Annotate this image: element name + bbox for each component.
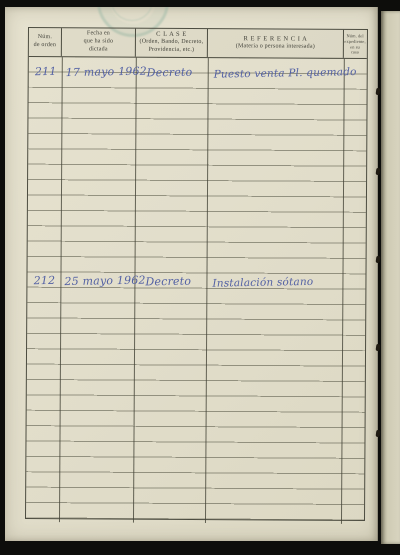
entry-num: 212 bbox=[29, 270, 59, 293]
header-text: de orden bbox=[34, 42, 56, 50]
header-fecha: Fecha en que ha sido dictada bbox=[62, 28, 136, 56]
header-clase: C L A S E (Orden, Bando, Decreto, Provid… bbox=[136, 29, 208, 57]
entry-fecha: 17 mayo 1962 bbox=[66, 61, 138, 84]
handwritten-entry-row: 211 17 mayo 1962 Decreto Puesto venta Pl… bbox=[29, 61, 367, 87]
table-body-ruled-rows: 211 17 mayo 1962 Decreto Puesto venta Pl… bbox=[26, 57, 367, 520]
ledger-page: Núm. de orden Fecha en que ha sido dicta… bbox=[5, 7, 378, 541]
header-text: (Materia o persona interesada) bbox=[236, 44, 315, 52]
circular-stamp-inner-ring bbox=[111, 7, 153, 21]
handwritten-entry-row: 212 25 mayo 1962 Decreto Instalación sót… bbox=[27, 270, 365, 296]
registry-table: Núm. de orden Fecha en que ha sido dicta… bbox=[25, 27, 368, 521]
header-text: dictada bbox=[89, 46, 108, 54]
header-referencia: R E F E R E N C I A (Materia o persona i… bbox=[208, 29, 344, 58]
entry-referencia: Puesto venta Pl. quemado bbox=[214, 61, 344, 85]
header-num-orden: Núm. de orden bbox=[29, 28, 62, 56]
scanned-document: Núm. de orden Fecha en que ha sido dicta… bbox=[0, 0, 400, 555]
header-text: Fecha en bbox=[87, 31, 110, 39]
entry-clase: Decreto bbox=[145, 270, 205, 293]
entry-clase: Decreto bbox=[147, 61, 207, 84]
adjacent-page-edge bbox=[381, 11, 400, 544]
header-num-expediente: Núm. del expediente, en su caso bbox=[344, 30, 367, 58]
header-text: Núm. del expediente, en su caso bbox=[345, 33, 366, 55]
table-header-row: Núm. de orden Fecha en que ha sido dicta… bbox=[29, 28, 367, 59]
header-text: que ha sido bbox=[84, 38, 114, 46]
header-text: Providencia, etc.) bbox=[148, 47, 194, 55]
header-text: Núm. bbox=[38, 34, 52, 42]
entry-fecha: 25 mayo 1962 bbox=[64, 270, 136, 293]
entry-num: 211 bbox=[31, 61, 61, 84]
entry-referencia: Instalación sótano bbox=[212, 270, 342, 294]
